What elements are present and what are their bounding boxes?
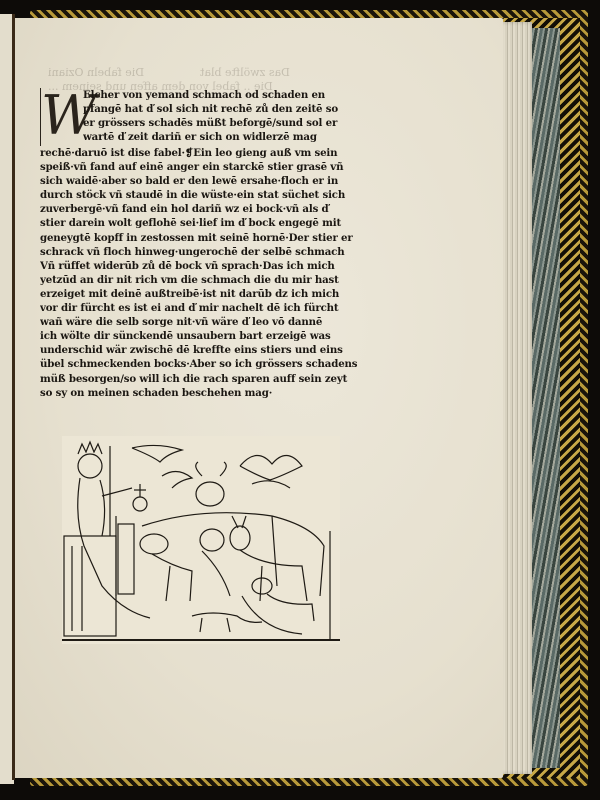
- marbled-endpaper: [530, 28, 560, 768]
- text-line: yetzūd an dir nit rich vm die schmach di…: [40, 273, 368, 287]
- woodcut-illustration: [62, 436, 340, 644]
- text-line: Vñ rüffet widerūb zů dē bock vñ sprach·D…: [40, 259, 368, 273]
- fable-text: W Elcher von yemand schmach od schaden e…: [40, 88, 368, 400]
- text-line: schrack vñ floch hinweg·ungerochē der se…: [40, 245, 368, 259]
- bleed-through-text: Die fabeln Oziani: [48, 66, 144, 79]
- lion-king-with-animals-icon: [62, 436, 340, 644]
- text-line: underschid wär zwischē dē kreffte eins s…: [40, 343, 368, 357]
- text-line: er grössers schadēs müßt beforgē/sund so…: [83, 116, 368, 130]
- text-line: ich wölte dir sünckendē unsaubern bart e…: [40, 329, 368, 343]
- text-line: durch stöck vñ staudē in die wüste·ein s…: [40, 188, 368, 202]
- text-line: zuverbergē·vñ fand ein hol dariñ wz ei b…: [40, 202, 368, 216]
- page-edges-stack: [500, 22, 532, 774]
- text-line: müß besorgen/so will ich die rach sparen…: [40, 372, 368, 386]
- text-line: Elcher von yemand schmach od schaden en: [83, 88, 368, 102]
- decorated-initial: W: [40, 88, 79, 146]
- text-line: wañ wäre die selb sorge nit·vñ wäre ď le…: [40, 315, 368, 329]
- text-line: so sy on meinen schaden beschehen mag·: [40, 386, 368, 400]
- bleed-through-text: Das zwölfte blat: [200, 66, 290, 79]
- text-line: stier darein wolt geflohē sei·lief im ď …: [40, 216, 368, 230]
- text-line: geneygtē kopff in zestossen mit seinē ho…: [40, 231, 368, 245]
- text-line: vor dir fürcht es ist ei and ď mir nache…: [40, 301, 368, 315]
- text-line: erzeiget mit deinē außtreibē·ist nit dar…: [40, 287, 368, 301]
- text-line: sich waidē·aber so bald er den lewē ersa…: [40, 174, 368, 188]
- text-line: wartē ď zeit dariñ er sich on widlerzē m…: [83, 130, 368, 144]
- text-line: rechē·daruō ist dise fabel·❡Ein leo gien…: [40, 146, 368, 160]
- text-line: übel schmeckenden bocks·Aber so ich grös…: [40, 357, 368, 371]
- text-line: speiß·vñ fand auf einē anger ein starckē…: [40, 160, 368, 174]
- text-line: pfangē hat ď sol sich nit rechē zů den z…: [83, 102, 368, 116]
